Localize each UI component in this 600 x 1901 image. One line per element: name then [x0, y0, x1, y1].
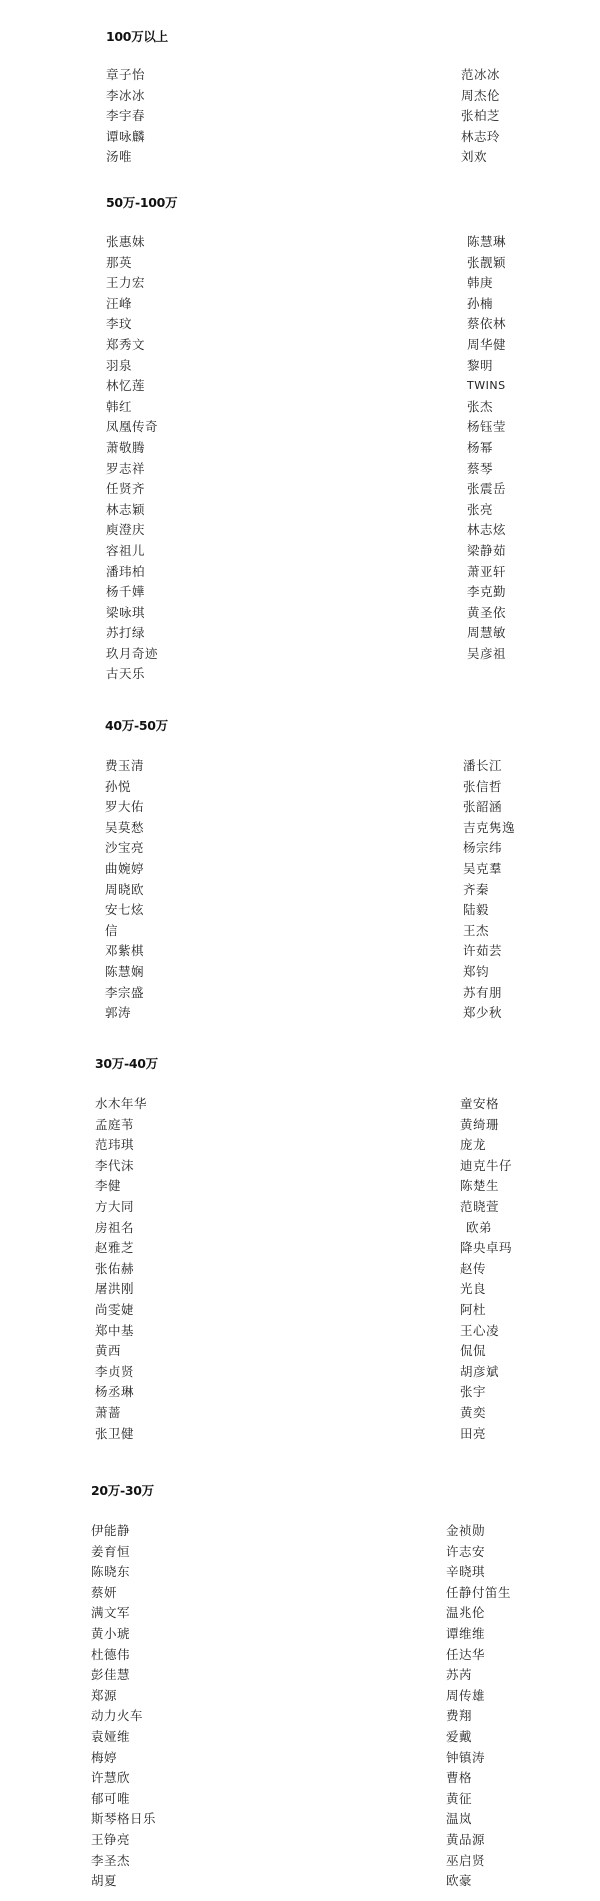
list-item: 辛晓琪 [446, 1562, 511, 1583]
list-item: 范冰冰 [461, 65, 500, 86]
left-column: 张惠妹 那英 王力宏 汪峰 李玟 郑秀文 羽泉 林忆莲 韩红 凤凰传奇 萧敬腾 … [106, 232, 158, 685]
list-item: 伊能静 [91, 1521, 156, 1542]
list-item: 张韶涵 [463, 797, 515, 818]
list-item: 林忆莲 [106, 376, 158, 397]
right-column: 陈慧琳 张靓颖 韩庚 孙楠 蔡依林 周华健 黎明 TWINS 张杰 杨钰莹 杨幂… [467, 232, 506, 664]
list-item: 张佑赫 [95, 1259, 147, 1280]
list-item: 钟镇涛 [446, 1748, 511, 1769]
list-item: 苏有朋 [463, 983, 515, 1004]
list-item: 胡彦斌 [460, 1362, 512, 1383]
list-item: 章子怡 [106, 65, 145, 86]
list-item: 羽泉 [106, 356, 158, 377]
list-item: 黄品源 [446, 1830, 511, 1851]
list-item: 张亮 [467, 500, 506, 521]
list-item: 李宇春 [106, 106, 145, 127]
list-item: 吉克隽逸 [463, 818, 515, 839]
right-column: 范冰冰 周杰伦 张柏芝 林志玲 刘欢 [461, 65, 500, 168]
list-item: 范玮琪 [95, 1135, 147, 1156]
list-item: 杜德伟 [91, 1645, 156, 1666]
list-item: 孙楠 [467, 294, 506, 315]
list-item: 李克勤 [467, 582, 506, 603]
list-item: 王心凌 [460, 1321, 512, 1342]
list-item: 苏芮 [446, 1665, 511, 1686]
list-item: 胡夏 [91, 1871, 156, 1892]
left-column: 费玉清 孙悦 罗大佑 吴莫愁 沙宝亮 曲婉婷 周晓欧 安七炫 信 邓紫棋 陈慧娴… [105, 756, 144, 1024]
list-item: 吴克羣 [463, 859, 515, 880]
list-item: 房祖名 [95, 1218, 147, 1239]
list-item: 费翔 [446, 1706, 511, 1727]
list-item: 韩庚 [467, 273, 506, 294]
list-item: 黄圣依 [467, 603, 506, 624]
list-item: 黄小琥 [91, 1624, 156, 1645]
list-item: 迪克牛仔 [460, 1156, 512, 1177]
list-item: 庾澄庆 [106, 520, 158, 541]
list-item: 任达华 [446, 1645, 511, 1666]
list-item: 王铮亮 [91, 1830, 156, 1851]
list-item: 袁娅维 [91, 1727, 156, 1748]
list-item: 斯琴格日乐 [91, 1809, 156, 1830]
list-item: 曹格 [446, 1768, 511, 1789]
list-item: 那英 [106, 253, 158, 274]
list-item: 蔡琴 [467, 459, 506, 480]
list-item: 邓紫棋 [105, 941, 144, 962]
list-item: 欧弟 [460, 1218, 512, 1239]
list-item: 郑钧 [463, 962, 515, 983]
list-item: 萧敬腾 [106, 438, 158, 459]
list-item: 黎明 [467, 356, 506, 377]
list-item: 张宇 [460, 1382, 512, 1403]
list-item: 萧蔷 [95, 1403, 147, 1424]
list-item: 汪峰 [106, 294, 158, 315]
list-item: 水木年华 [95, 1094, 147, 1115]
list-item: 周慧敏 [467, 623, 506, 644]
list-item: 方大同 [95, 1197, 147, 1218]
list-item: 欧豪 [446, 1871, 511, 1892]
list-item: 李贞贤 [95, 1362, 147, 1383]
list-item: 陈晓东 [91, 1562, 156, 1583]
list-item: 许志安 [446, 1542, 511, 1563]
list-item: 凤凰传奇 [106, 417, 158, 438]
list-item: 林志颖 [106, 500, 158, 521]
list-item: 蔡依林 [467, 314, 506, 335]
list-item: 任静付笛生 [446, 1583, 511, 1604]
list-item: 庞龙 [460, 1135, 512, 1156]
list-item: 黄奕 [460, 1403, 512, 1424]
list-item: 杨宗纬 [463, 838, 515, 859]
list-item: 安七炫 [105, 900, 144, 921]
list-item: 陈慧琳 [467, 232, 506, 253]
list-item: 潘玮柏 [106, 562, 158, 583]
list-item: 田亮 [460, 1424, 512, 1445]
list-item: 许慧欣 [91, 1768, 156, 1789]
list-item: 孟庭苇 [95, 1115, 147, 1136]
list-item: 周华健 [467, 335, 506, 356]
list-item: 黄绮珊 [460, 1115, 512, 1136]
list-item: 赵传 [460, 1259, 512, 1280]
list-item: 吴彦祖 [467, 644, 506, 665]
list-item: 金祯勋 [446, 1521, 511, 1542]
list-item: 屠洪刚 [95, 1279, 147, 1300]
list-item: 曲婉婷 [105, 859, 144, 880]
list-item: 蔡妍 [91, 1583, 156, 1604]
list-item: 刘欢 [461, 147, 500, 168]
list-item: 李冰冰 [106, 86, 145, 107]
list-item: 尚雯婕 [95, 1300, 147, 1321]
list-item: 李健 [95, 1176, 147, 1197]
list-item: 王杰 [463, 921, 515, 942]
list-item: 张杰 [467, 397, 506, 418]
list-item: 郑少秋 [463, 1003, 515, 1024]
list-item: 周传雄 [446, 1686, 511, 1707]
list-item: 谭维维 [446, 1624, 511, 1645]
right-column: 金祯勋 许志安 辛晓琪 任静付笛生 温兆伦 谭维维 任达华 苏芮 周传雄 费翔 … [446, 1521, 511, 1892]
list-item: 许茹芸 [463, 941, 515, 962]
list-item: 杨千嬅 [106, 582, 158, 603]
right-column: 童安格 黄绮珊 庞龙 迪克牛仔 陈楚生 范晓萱 欧弟 降央卓玛 赵传 光良 阿杜… [460, 1094, 512, 1444]
list-item: 郑中基 [95, 1321, 147, 1342]
list-item: 谭咏麟 [106, 127, 145, 148]
list-item: 齐秦 [463, 880, 515, 901]
list-item: 彭佳慧 [91, 1665, 156, 1686]
list-item: 郑秀文 [106, 335, 158, 356]
list-item: 潘长江 [463, 756, 515, 777]
list-item: 郁可唯 [91, 1789, 156, 1810]
list-item: 费玉清 [105, 756, 144, 777]
list-item: 林志玲 [461, 127, 500, 148]
list-item: 温兆伦 [446, 1603, 511, 1624]
list-item: 温岚 [446, 1809, 511, 1830]
list-item: 杨丞琳 [95, 1382, 147, 1403]
list-item: 信 [105, 921, 144, 942]
list-item: 吴莫愁 [105, 818, 144, 839]
left-column: 水木年华 孟庭苇 范玮琪 李代沫 李健 方大同 房祖名 赵雅芝 张佑赫 屠洪刚 … [95, 1094, 147, 1444]
list-item: 张信哲 [463, 777, 515, 798]
list-item: 李圣杰 [91, 1851, 156, 1872]
list-item: 萧亚轩 [467, 562, 506, 583]
list-item: 汤唯 [106, 147, 145, 168]
list-item: 黄征 [446, 1789, 511, 1810]
section-title: 100万以上 [106, 27, 168, 45]
list-item: 沙宝亮 [105, 838, 144, 859]
list-item: 张柏芝 [461, 106, 500, 127]
section-title: 20万-30万 [91, 1481, 154, 1499]
list-item: 陆毅 [463, 900, 515, 921]
list-item: 罗志祥 [106, 459, 158, 480]
list-item: 张惠妹 [106, 232, 158, 253]
list-item: 陈慧娴 [105, 962, 144, 983]
list-item: 光良 [460, 1279, 512, 1300]
list-item: 陈楚生 [460, 1176, 512, 1197]
list-item: 罗大佑 [105, 797, 144, 818]
list-item: 容祖儿 [106, 541, 158, 562]
section-title: 40万-50万 [105, 716, 168, 734]
list-item: 李代沫 [95, 1156, 147, 1177]
list-item: 周杰伦 [461, 86, 500, 107]
list-item: 赵雅芝 [95, 1238, 147, 1259]
list-item: 周晓欧 [105, 880, 144, 901]
list-item: 动力火车 [91, 1706, 156, 1727]
list-item: 梅婷 [91, 1748, 156, 1769]
section-title: 30万-40万 [95, 1054, 158, 1072]
list-item: 爱戴 [446, 1727, 511, 1748]
list-item: 黄西 [95, 1341, 147, 1362]
list-item: 郭涛 [105, 1003, 144, 1024]
left-column: 伊能静 姜育恒 陈晓东 蔡妍 满文军 黄小琥 杜德伟 彭佳慧 郑源 动力火车 袁… [91, 1521, 156, 1892]
list-item: 张震岳 [467, 479, 506, 500]
list-item: 杨钰莹 [467, 417, 506, 438]
list-item: 降央卓玛 [460, 1238, 512, 1259]
list-item: TWINS [467, 376, 506, 397]
list-item: 王力宏 [106, 273, 158, 294]
list-item: 李玟 [106, 314, 158, 335]
list-item: 郑源 [91, 1686, 156, 1707]
list-item: 孙悦 [105, 777, 144, 798]
list-item: 童安格 [460, 1094, 512, 1115]
list-item: 张靓颖 [467, 253, 506, 274]
list-item: 梁咏琪 [106, 603, 158, 624]
list-item: 姜育恒 [91, 1542, 156, 1563]
list-item: 苏打绿 [106, 623, 158, 644]
list-item: 满文军 [91, 1603, 156, 1624]
list-item: 韩红 [106, 397, 158, 418]
left-column: 章子怡 李冰冰 李宇春 谭咏麟 汤唯 [106, 65, 145, 168]
right-column: 潘长江 张信哲 张韶涵 吉克隽逸 杨宗纬 吴克羣 齐秦 陆毅 王杰 许茹芸 郑钧… [463, 756, 515, 1024]
list-item: 阿杜 [460, 1300, 512, 1321]
list-item: 张卫健 [95, 1424, 147, 1445]
list-item: 侃侃 [460, 1341, 512, 1362]
section-title: 50万-100万 [106, 193, 177, 211]
list-item: 林志炫 [467, 520, 506, 541]
list-item: 任贤齐 [106, 479, 158, 500]
list-item: 范晓萱 [460, 1197, 512, 1218]
list-item: 杨幂 [467, 438, 506, 459]
list-item: 古天乐 [106, 664, 158, 685]
list-item: 玖月奇迹 [106, 644, 158, 665]
list-item: 梁静茹 [467, 541, 506, 562]
list-item: 巫启贤 [446, 1851, 511, 1872]
list-item: 李宗盛 [105, 983, 144, 1004]
